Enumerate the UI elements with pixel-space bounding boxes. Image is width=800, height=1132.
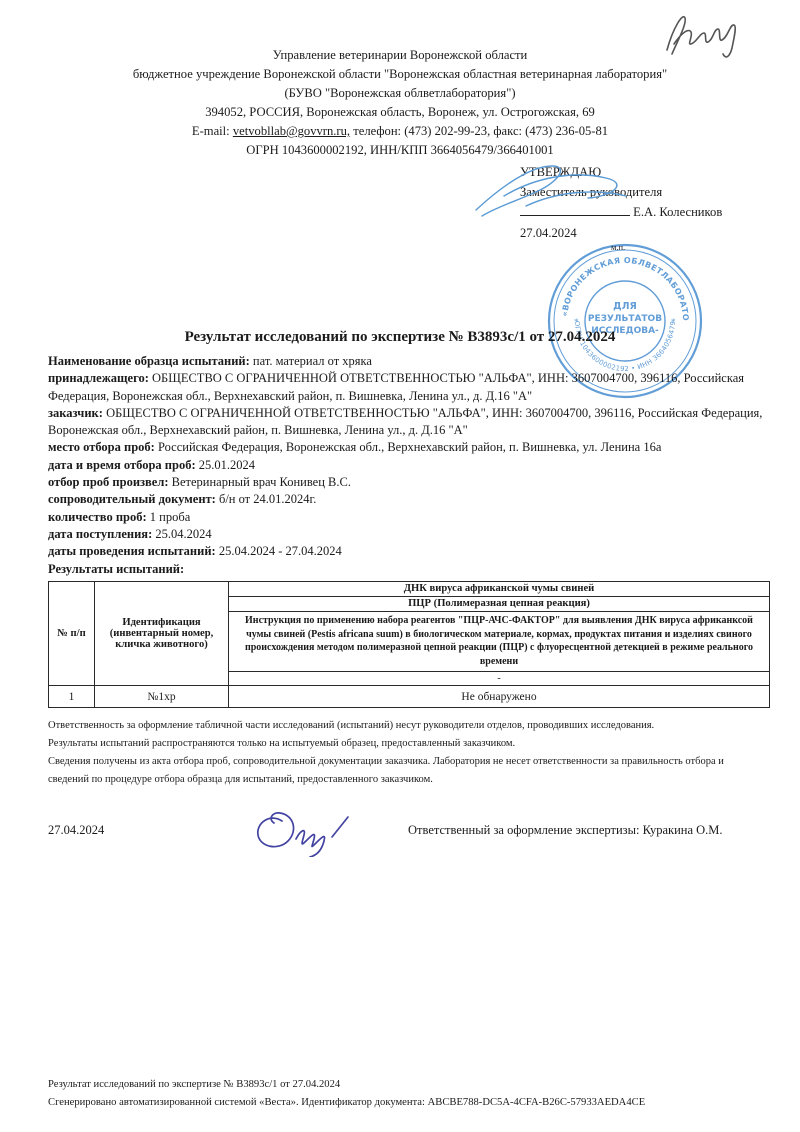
- footer-generated-line: Сгенерировано автоматизированной системо…: [48, 1094, 645, 1112]
- field-row: Результаты испытаний:: [48, 561, 768, 578]
- field-row: дата и время отбора проб: 25.01.2024: [48, 457, 768, 474]
- table-row: 1 №1хр Не обнаружено: [49, 686, 770, 708]
- result-cell: Не обнаружено: [229, 686, 770, 708]
- field-row: отбор проб произвел: Ветеринарный врач К…: [48, 474, 768, 491]
- email-label: E-mail:: [192, 124, 230, 138]
- note-line: Ответственность за оформление табличной …: [48, 717, 760, 735]
- row-number-cell: 1: [49, 686, 95, 708]
- stamp-star-left: *: [574, 317, 579, 327]
- method-doc-header: Инструкция по применению набора реагенто…: [229, 611, 770, 671]
- stamp-center-line1: ДЛЯ: [613, 301, 637, 312]
- round-stamp: БУВО «ВОРОНЕЖСКАЯ ОБЛВЕТЛАБОРАТОРИЯ» ОГР…: [545, 241, 705, 401]
- responsible-signature-icon: [248, 791, 368, 857]
- stamp-center-line2: РЕЗУЛЬТАТОВ: [588, 314, 662, 324]
- column-header-identification: Идентификация (инвентарный номер, кличка…: [95, 581, 229, 685]
- note-line: Сведения получены из акта отбора проб, с…: [48, 753, 760, 789]
- field-row: даты проведения испытаний: 25.04.2024 - …: [48, 543, 768, 560]
- org-header-line: (БУВО "Воронежская облветлаборатория"): [0, 84, 800, 103]
- org-header-line: бюджетное учреждение Воронежской области…: [0, 65, 800, 84]
- column-header-num: № п/п: [49, 581, 95, 685]
- method-header: ПЦР (Полимеразная цепная реакция): [229, 596, 770, 611]
- results-table: № п/п Идентификация (инвентарный номер, …: [48, 581, 770, 708]
- signoff-block: 27.04.2024 Ответственный за оформление э…: [48, 807, 752, 897]
- handwritten-mark-icon: [655, 4, 755, 62]
- email-address: vetvobllab@govvrn.ru,: [233, 124, 350, 138]
- document-page: Управление ветеринарии Воронежской облас…: [0, 0, 800, 1132]
- stamp-center-line3: ИССЛЕДОВА-: [591, 326, 659, 336]
- signoff-date: 27.04.2024: [48, 823, 104, 838]
- field-row: место отбора проб: Российская Федерация,…: [48, 439, 768, 456]
- org-header-line: 394052, РОССИЯ, Воронежская область, Вор…: [0, 103, 800, 122]
- phone-fax: телефон: (473) 202-99-23, факс: (473) 23…: [353, 124, 608, 138]
- note-line: Результаты испытаний распространяются то…: [48, 735, 760, 753]
- field-row: сопроводительный документ: б/н от 24.01.…: [48, 491, 768, 508]
- org-header-contacts: E-mail: vetvobllab@govvrn.ru, телефон: (…: [0, 122, 800, 141]
- footer-expertise-line: Результат исследований по экспертизе № В…: [48, 1076, 645, 1094]
- field-row: заказчик: ОБЩЕСТВО С ОГРАНИЧЕННОЙ ОТВЕТС…: [48, 405, 768, 440]
- page-footer: Результат исследований по экспертизе № В…: [48, 1076, 645, 1111]
- field-row: дата поступления: 25.04.2024: [48, 526, 768, 543]
- seal-place-mark: м.п.: [611, 242, 625, 252]
- units-cell: -: [229, 672, 770, 686]
- notes-block: Ответственность за оформление табличной …: [48, 717, 760, 789]
- identification-cell: №1хр: [95, 686, 229, 708]
- approver-name: Е.А. Колесников: [633, 205, 722, 219]
- test-group-header: ДНК вируса африканской чумы свиней: [229, 581, 770, 596]
- stamp-star-right: *: [671, 317, 676, 327]
- org-header-line: ОГРН 1043600002192, ИНН/КПП 3664056479/3…: [0, 141, 800, 160]
- responsible-person: Ответственный за оформление экспертизы: …: [408, 823, 723, 838]
- field-row: количество проб: 1 проба: [48, 509, 768, 526]
- approver-signature-icon: [468, 156, 638, 224]
